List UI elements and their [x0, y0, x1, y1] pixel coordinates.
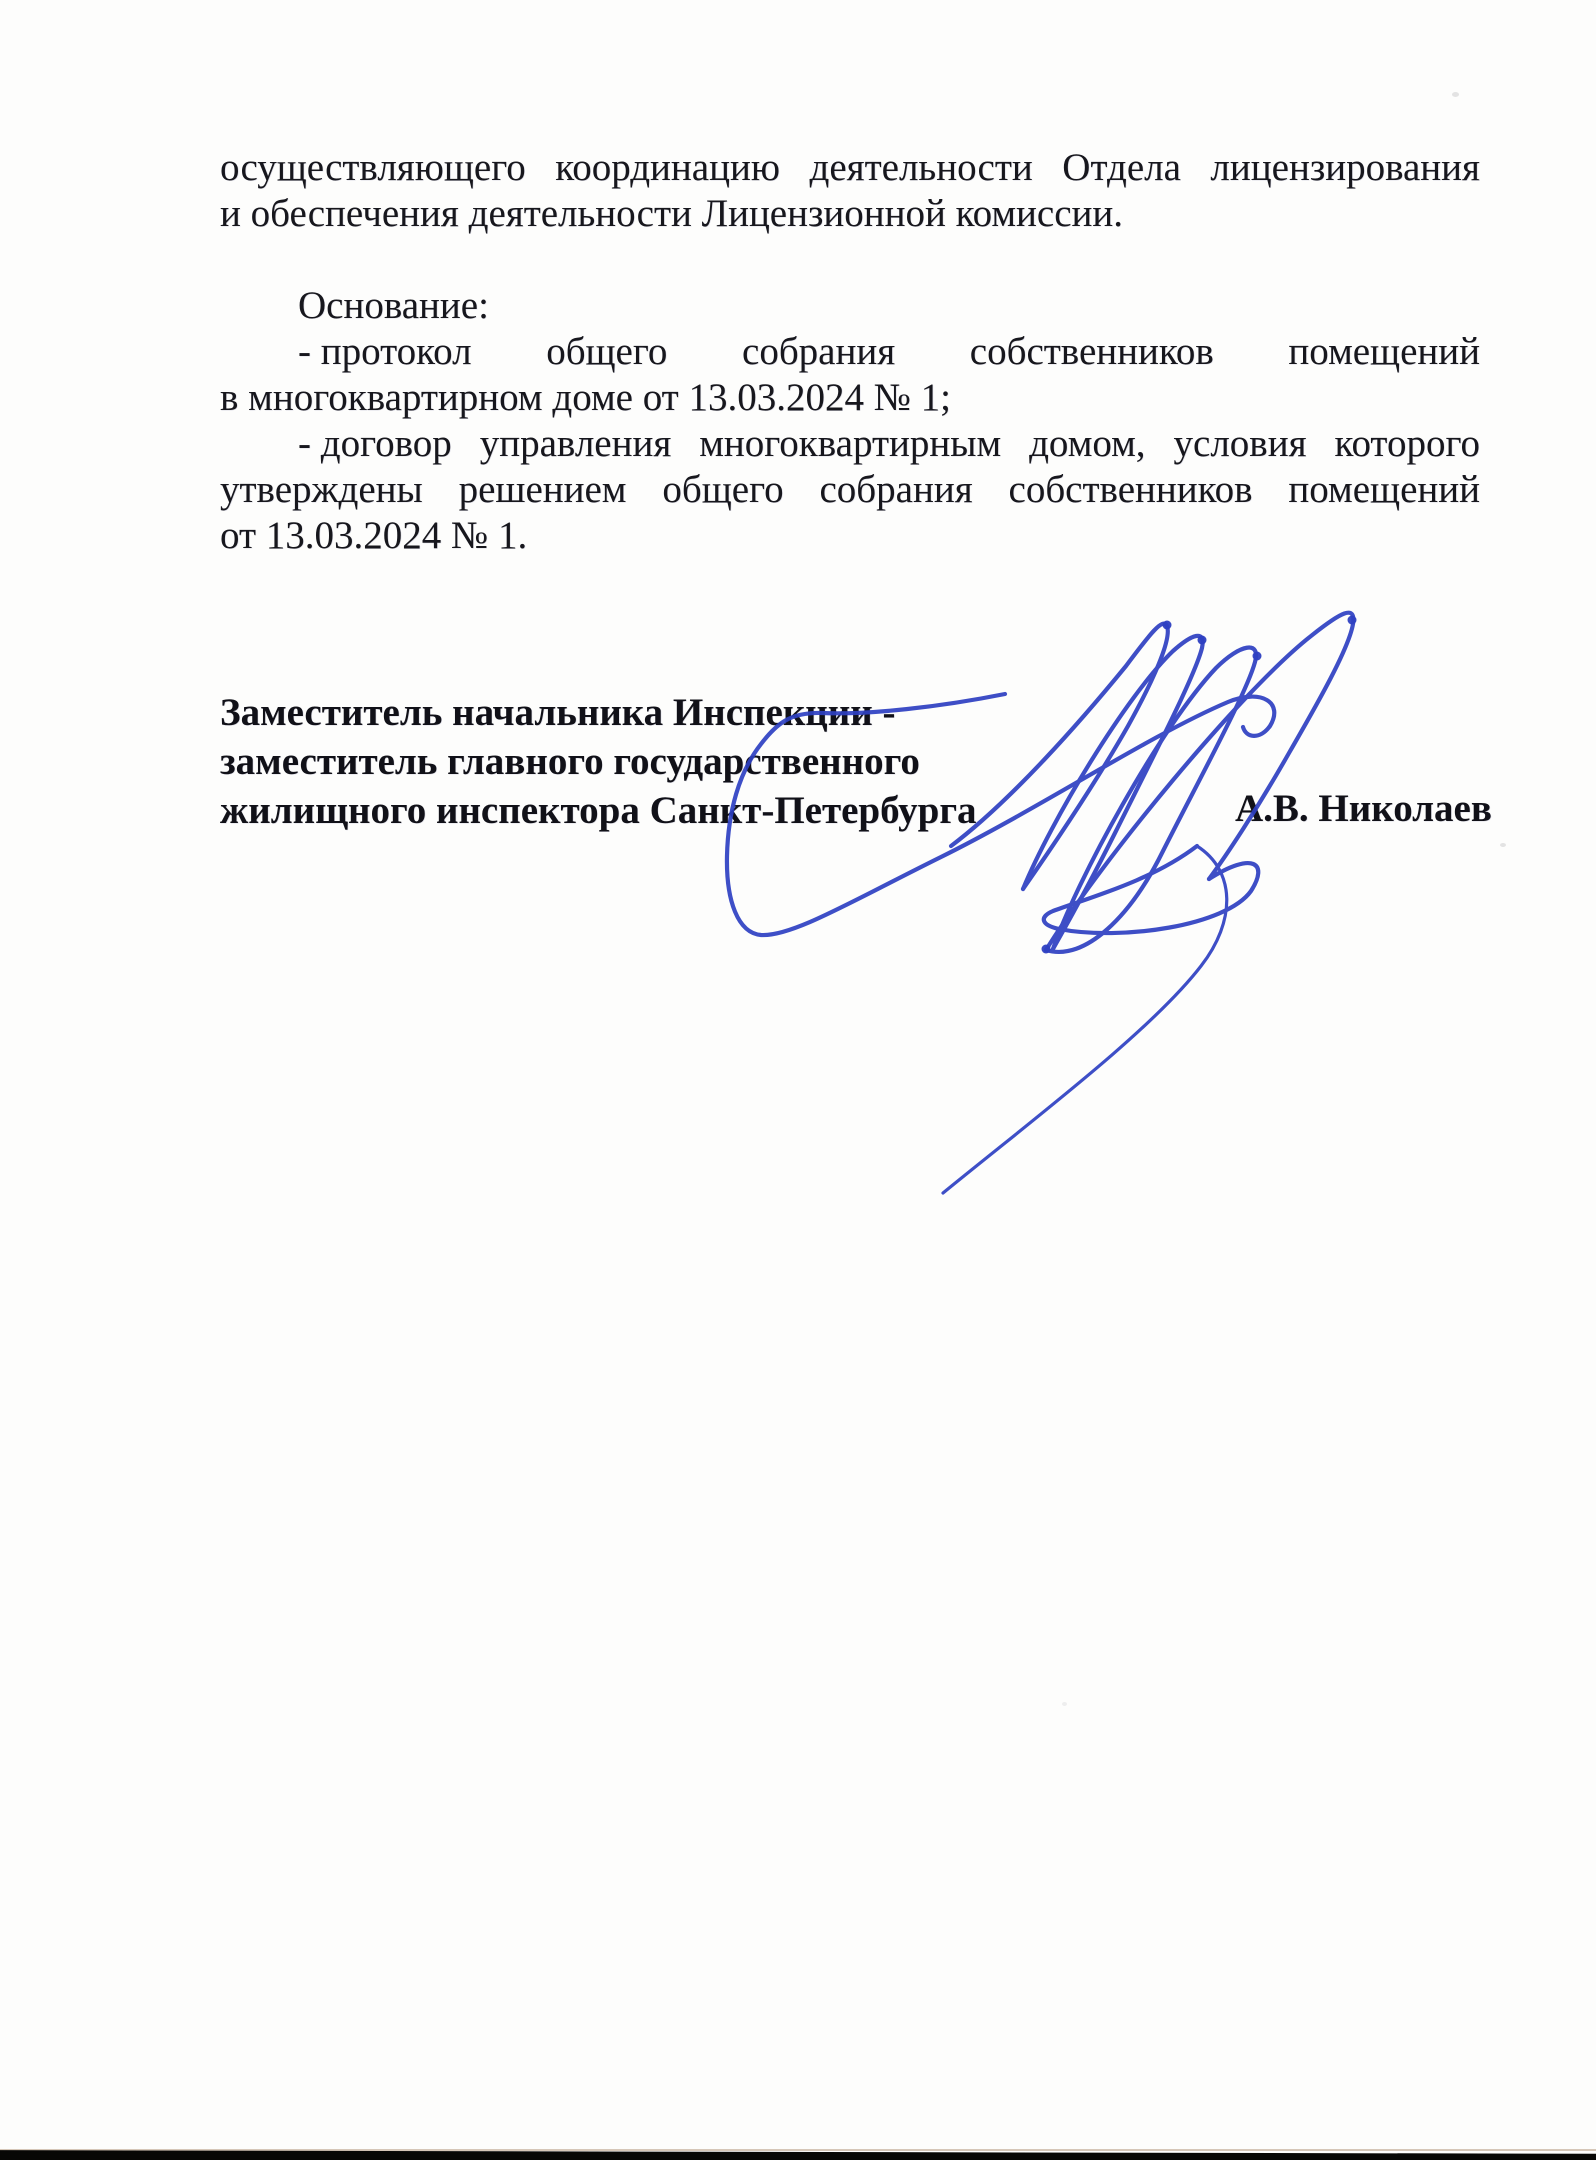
scanned-document-page: осуществляющего координацию деятельности…	[0, 0, 1596, 2160]
scan-speck	[1062, 1702, 1067, 1706]
list-item-dash-lead: - протокол	[298, 329, 472, 375]
signer-name: А.В. Николаев	[1235, 784, 1492, 833]
signer-title-line1: Заместитель начальника Инспекции -	[220, 688, 1480, 737]
basis-heading: Основание:	[220, 283, 1480, 329]
signer-title-line2: заместитель главного государственного	[220, 737, 1480, 786]
scan-edge-tint	[0, 2149, 1596, 2151]
paragraph-continuation-line1: осуществляющего координацию деятельности…	[220, 145, 1480, 191]
list-item-dash-lead: - договор	[298, 421, 452, 467]
signoff-block: Заместитель начальника Инспекции - замес…	[220, 688, 1480, 835]
basis-protocol-line1-text: общего собрания собственников помещений	[546, 330, 1480, 373]
paragraph-continuation-line2: и обеспечения деятельности Лицензионной …	[220, 191, 1480, 237]
document-body: осуществляющего координацию деятельности…	[220, 145, 1480, 559]
basis-contract-line1: - договор управления многоквартирным дом…	[220, 421, 1480, 467]
basis-protocol-line2: в многоквартирном доме от 13.03.2024 № 1…	[220, 375, 1480, 421]
basis-protocol-line1: - протокол общего собрания собственников…	[220, 329, 1480, 375]
basis-contract-line1-text: управления многоквартирным домом, услови…	[480, 422, 1480, 465]
scan-speck	[1500, 843, 1506, 847]
scan-speck	[1452, 92, 1459, 97]
basis-contract-line2: утверждены решением общего собрания собс…	[220, 467, 1480, 513]
basis-contract-line3: от 13.03.2024 № 1.	[220, 513, 1480, 559]
blank-line	[220, 237, 1480, 283]
